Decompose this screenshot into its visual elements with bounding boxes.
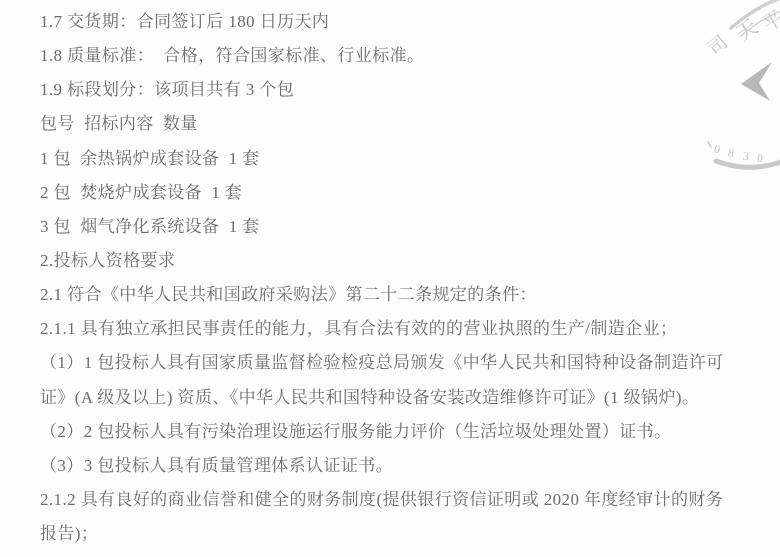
stamp-star-icon [741, 62, 772, 101]
document-line: 3 包 烟气净化系统设备 1 套 [40, 210, 740, 244]
document-line: 包号 招标内容 数量 [40, 107, 740, 141]
document-line: 1.9 标段划分：该项目共有 3 个包 [40, 73, 740, 107]
document-line: 2.1.1 具有独立承担民事责任的能力，具有合法有效的的营业执照的生产/制造企业… [40, 312, 740, 346]
document-line: 2.投标人资格要求 [40, 244, 740, 278]
document-line: 1 包 余热锅炉成套设备 1 套 [40, 142, 740, 176]
stamp-digit: 0 [756, 153, 764, 166]
stamp-char: 平 [759, 6, 780, 36]
stamp-inner-ring-arc [741, 11, 780, 36]
stamp-digit: 3 [742, 151, 750, 164]
document-line: （3）3 包投标人具有质量管理体系认证证书。 [40, 449, 740, 483]
document-line: 2.1 符合《中华人民共和国政府采购法》第二十二条规定的条件： [40, 278, 740, 312]
document-line: 证》(A 级及以上) 资质、《中华人民共和国特种设备安装改造维修许可证》(1 级… [40, 381, 740, 415]
document-line: 2.1.2 具有良好的商业信誉和健全的财务制度(提供银行资信证明或 2020 年… [40, 483, 740, 517]
scanned-document-page: 1.7 交货期：合同签订后 180 日历天内 1.8 质量标准： 合格，符合国家… [0, 0, 780, 557]
document-line: 1.7 交货期：合同签订后 180 日历天内 [40, 5, 740, 39]
document-line: （2）2 包投标人具有污染治理设施运行服务能力评价（生活垃圾处理处置）证书。 [40, 415, 740, 449]
document-body: 1.7 交货期：合同签订后 180 日历天内 1.8 质量标准： 合格，符合国家… [40, 5, 740, 551]
document-line: 1.8 质量标准： 合格，符合国家标准、行业标准。 [40, 39, 740, 73]
document-line: 2 包 焚烧炉成套设备 1 套 [40, 176, 740, 210]
document-line: （1）1 包投标人具有国家质量监督检验检疫总局颁发《中华人民共和国特种设备制造许… [40, 346, 740, 380]
document-line: 报告)； [40, 517, 740, 551]
